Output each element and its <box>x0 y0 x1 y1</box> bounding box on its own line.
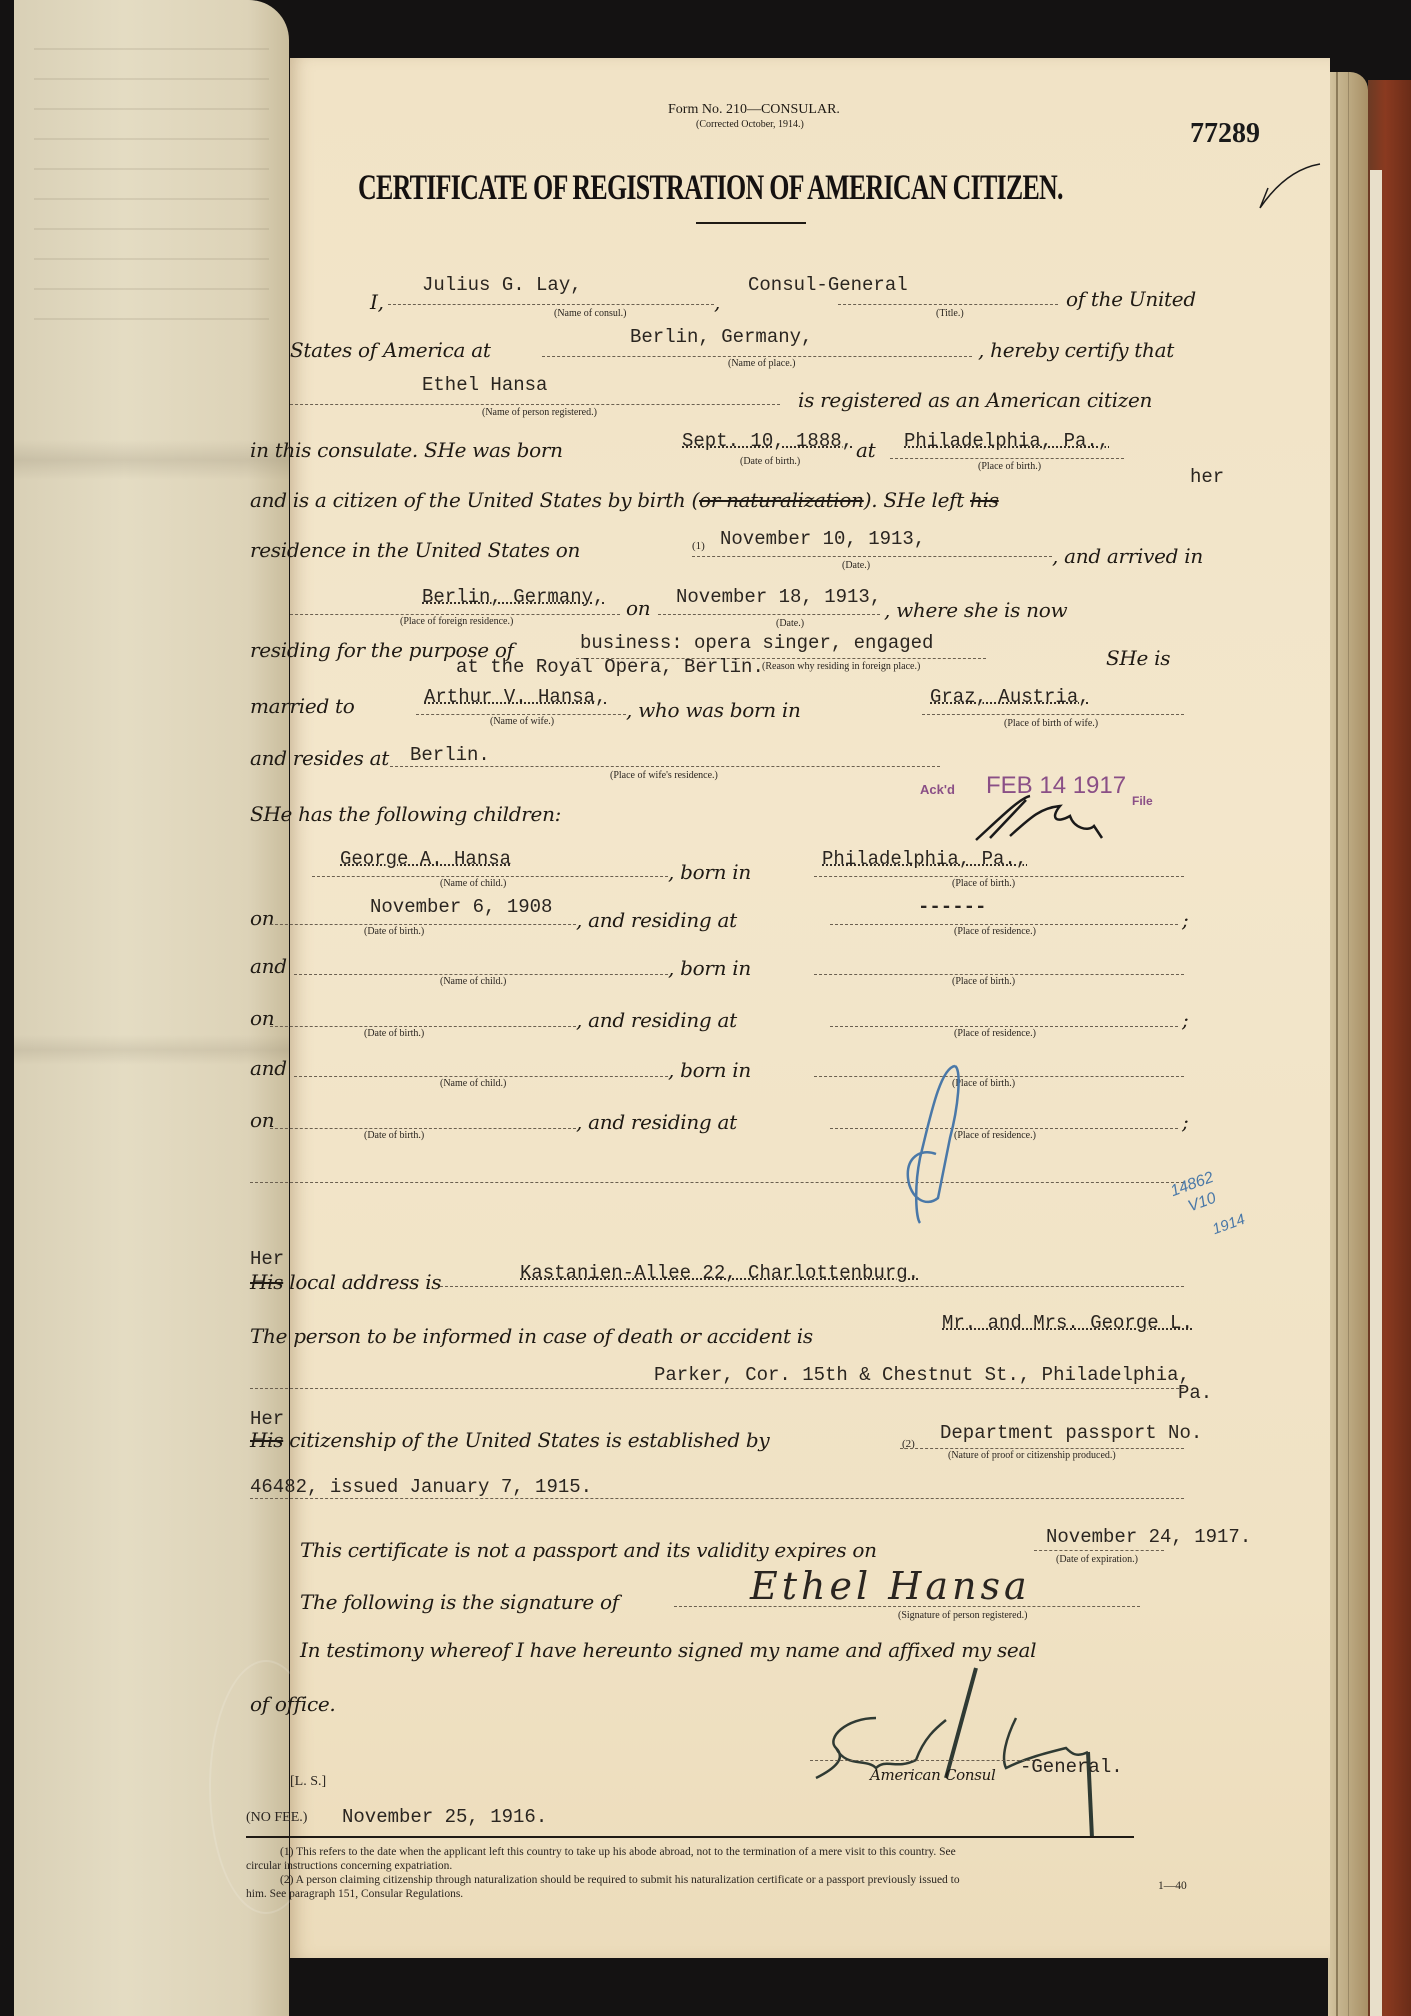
her-insert: her <box>1190 466 1224 488</box>
footnote-2: (2) A person claiming citizenship throug… <box>280 1874 960 1886</box>
label-arrived: , and arrived in <box>1052 544 1203 568</box>
caption: (Date.) <box>776 618 804 629</box>
caption: (Place of birth.) <box>952 976 1015 987</box>
field-line <box>814 974 1184 975</box>
label-left: ). SHe left <box>864 488 964 512</box>
semicolon: ; <box>1182 1008 1188 1032</box>
caption: (Place of birth of wife.) <box>1004 718 1098 729</box>
label-resides-at: and resides at <box>250 746 389 770</box>
citizenship-proof-line2: 46482, issued January 7, 1915. <box>250 1476 592 1498</box>
left-page-fold <box>14 1035 289 1065</box>
struck-his: His <box>250 1428 283 1452</box>
struck-naturalization: or naturalization <box>699 488 864 512</box>
citizenship-statement: and is a citizen of the United States by… <box>250 488 999 512</box>
field-line <box>810 1760 1040 1761</box>
field-line <box>294 974 668 975</box>
left-page <box>14 0 289 2016</box>
caption: (Place of residence.) <box>954 926 1036 937</box>
label-and: and <box>250 1056 287 1080</box>
label-residing-at: , and residing at <box>576 908 737 932</box>
consul-title-typed: -General. <box>1020 1756 1123 1778</box>
label-established-by: citizenship of the United States is esta… <box>289 1428 769 1452</box>
left-page-bleedthrough <box>34 20 269 320</box>
spouse-birthplace: Graz, Austria, <box>930 686 1090 708</box>
foreign-residence: Berlin, Germany, <box>422 586 604 608</box>
certificate-page: Form No. 210—CONSULAR. (Corrected Octobe… <box>290 58 1330 1958</box>
label-born-in: , born in <box>668 956 751 980</box>
registrant-birthplace: Philadelphia, Pa., <box>904 430 1109 452</box>
child-1-dob: November 6, 1908 <box>370 896 552 918</box>
registrant-dob: Sept. 10, 1888, <box>682 430 853 452</box>
footer-rule <box>246 1836 1134 1838</box>
purpose-line2: at the Royal Opera, Berlin. <box>456 656 764 678</box>
label-born-in: , born in <box>668 860 751 884</box>
caption: (Place of wife's residence.) <box>610 770 718 781</box>
field-line <box>830 924 1178 925</box>
label-states-of-america: States of America at <box>290 338 491 362</box>
caption: (Place of birth.) <box>952 878 1015 889</box>
label-registered: is registered as an American citizen <box>798 388 1152 412</box>
field-line <box>270 924 576 925</box>
registrant-name: Ethel Hansa <box>422 374 547 396</box>
footnote-1-cont: circular instructions concerning expatri… <box>246 1860 452 1872</box>
blue-pencil-mark <box>900 1058 980 1228</box>
label-married-to: married to <box>250 694 354 718</box>
citizenship-label: His citizenship of the United States is … <box>250 1428 769 1452</box>
initials-signature <box>970 788 1120 848</box>
left-page-fold <box>14 440 289 480</box>
label-who-was-born: , who was born in <box>626 698 801 722</box>
print-code: 1—40 <box>1158 1880 1187 1892</box>
spouse-residence: Berlin. <box>410 744 490 766</box>
label-on: on <box>626 596 650 620</box>
checkmark-icon <box>1242 138 1322 218</box>
label-was-born: in this consulate. SHe was born <box>250 438 563 462</box>
emergency-contact-line3: Pa. <box>1178 1382 1212 1404</box>
comma: , <box>714 290 720 314</box>
page-stack-edge <box>1328 72 1368 2016</box>
arrival-date: November 18, 1913, <box>676 586 881 608</box>
child-1-birthplace: Philadelphia, Pa., <box>822 848 1027 870</box>
stamp-ackd: Ack'd <box>920 782 955 797</box>
footnote-mark: (1) <box>692 540 705 552</box>
child-1-name: George A. Hansa <box>340 848 511 870</box>
label-residence-left: residence in the United States on <box>250 538 580 562</box>
caption: (Reason why residing in foreign place.) <box>762 661 920 672</box>
caption: (Name of place.) <box>728 358 795 369</box>
semicolon: ; <box>1182 1110 1188 1134</box>
emergency-contact-line1: Mr. and Mrs. George L. <box>942 1312 1193 1334</box>
testimony-text-end: of office. <box>250 1692 335 1716</box>
field-line <box>270 1026 576 1027</box>
struck-his: His <box>250 1270 283 1294</box>
stamp-file: File <box>1132 794 1153 808</box>
caption: (Place of birth.) <box>978 461 1041 472</box>
field-line <box>250 1388 1184 1389</box>
label-citizen: and is a citizen of the United States by… <box>250 488 699 512</box>
caption: (Date of birth.) <box>364 1028 424 1039</box>
caption: (Title.) <box>936 308 964 319</box>
seal-label: [L. S.] <box>290 1774 326 1790</box>
field-line <box>290 404 780 405</box>
field-line <box>1034 1550 1164 1551</box>
field-line <box>838 304 1058 305</box>
label-and: and <box>250 954 287 978</box>
semicolon: ; <box>1182 908 1188 932</box>
page-title: CERTIFICATE OF REGISTRATION OF AMERICAN … <box>358 166 1063 208</box>
caption: (Date of expiration.) <box>1056 1554 1138 1565</box>
field-line <box>390 766 940 767</box>
label-i: I, <box>370 290 384 314</box>
caption: (Name of consul.) <box>554 308 626 319</box>
label-emergency-contact: The person to be informed in case of dea… <box>250 1324 813 1348</box>
pencil-note-3: 1914 <box>1210 1211 1247 1238</box>
address-label: His local address is <box>250 1270 441 1294</box>
field-line <box>270 1128 576 1129</box>
field-line <box>440 1286 1184 1287</box>
child-1-residence: ------ <box>918 896 986 918</box>
her-insert: Her <box>250 1248 284 1270</box>
field-line <box>830 1128 1178 1129</box>
caption: (Name of wife.) <box>490 716 554 727</box>
expiry-date: November 24, 1917. <box>1046 1526 1251 1548</box>
field-line <box>312 876 668 877</box>
registrant-signature: Ethel Hansa <box>750 1564 1031 1608</box>
field-line <box>290 614 620 615</box>
consul-name: Julius G. Lay, <box>422 274 582 296</box>
field-line <box>814 876 1184 877</box>
page-slip <box>1370 170 1382 2016</box>
label-residing-at: , and residing at <box>576 1008 737 1032</box>
caption: (Date of birth.) <box>740 456 800 467</box>
field-line <box>388 304 714 305</box>
local-address: Kastanien-Allee 22, Charlottenburg. <box>520 1262 919 1284</box>
label-american-consul: American Consul <box>870 1766 996 1784</box>
footnote-1: (1) This refers to the date when the app… <box>280 1846 956 1858</box>
struck-his: his <box>970 488 999 512</box>
left-us-date: November 10, 1913, <box>720 528 925 550</box>
spouse-name: Arthur V. Hansa, <box>424 686 606 708</box>
caption: (Date of birth.) <box>364 926 424 937</box>
field-line <box>692 556 1052 557</box>
caption: (Nature of proof or citizenship produced… <box>948 1450 1116 1461</box>
field-line <box>658 614 880 615</box>
caption: (Name of person registered.) <box>482 407 597 418</box>
field-line <box>900 1448 1184 1449</box>
label-at: at <box>856 438 875 462</box>
label-born-in: , born in <box>668 1058 751 1082</box>
label-validity: This certificate is not a passport and i… <box>300 1538 877 1562</box>
field-line <box>542 356 972 357</box>
caption: (Name of child.) <box>440 976 506 987</box>
field-line <box>922 714 1184 715</box>
consul-place: Berlin, Germany, <box>630 326 812 348</box>
label-hereby-certify: , hereby certify that <box>978 338 1174 362</box>
field-line <box>890 458 1124 459</box>
issue-date: November 25, 1916. <box>342 1806 547 1828</box>
field-line <box>814 1076 1184 1077</box>
title-rule <box>696 222 806 224</box>
caption: (Place of residence.) <box>954 1028 1036 1039</box>
purpose-line1: business: opera singer, engaged <box>580 632 933 654</box>
emergency-contact-line2: Parker, Cor. 15th & Chestnut St., Philad… <box>654 1364 1190 1386</box>
consul-title: Consul-General <box>748 274 908 296</box>
label-of-the-united: of the United <box>1066 287 1196 311</box>
field-line <box>294 1076 668 1077</box>
footnote-2-cont: him. See paragraph 151, Consular Regulat… <box>246 1888 463 1900</box>
consul-signature <box>806 1658 1126 1838</box>
field-line <box>250 1182 1184 1183</box>
label-local-address: local address is <box>289 1270 441 1294</box>
caption: (Name of child.) <box>440 878 506 889</box>
form-number: Form No. 210—CONSULAR. <box>668 102 840 118</box>
her-insert: Her <box>250 1408 284 1430</box>
citizenship-proof-line1: Department passport No. <box>940 1422 1202 1444</box>
caption: (Date of birth.) <box>364 1130 424 1141</box>
field-line <box>250 1498 1184 1499</box>
label-she-is: SHe is <box>1106 646 1170 670</box>
field-line <box>416 714 626 715</box>
form-corrected: (Corrected October, 1914.) <box>696 119 804 130</box>
caption: (Name of child.) <box>440 1078 506 1089</box>
field-line <box>830 1026 1178 1027</box>
label-where: , where she is now <box>884 598 1067 622</box>
children-heading: SHe has the following children: <box>250 802 561 826</box>
caption: (Signature of person registered.) <box>898 1610 1027 1621</box>
label-on: on <box>250 906 274 930</box>
label-residing-at: , and residing at <box>576 1110 737 1134</box>
field-line <box>674 1606 1140 1607</box>
caption: (Place of foreign residence.) <box>400 616 513 627</box>
caption: (Date.) <box>842 560 870 571</box>
label-signature: The following is the signature of <box>300 1590 619 1614</box>
fee-label: (NO FEE.) <box>246 1810 307 1826</box>
